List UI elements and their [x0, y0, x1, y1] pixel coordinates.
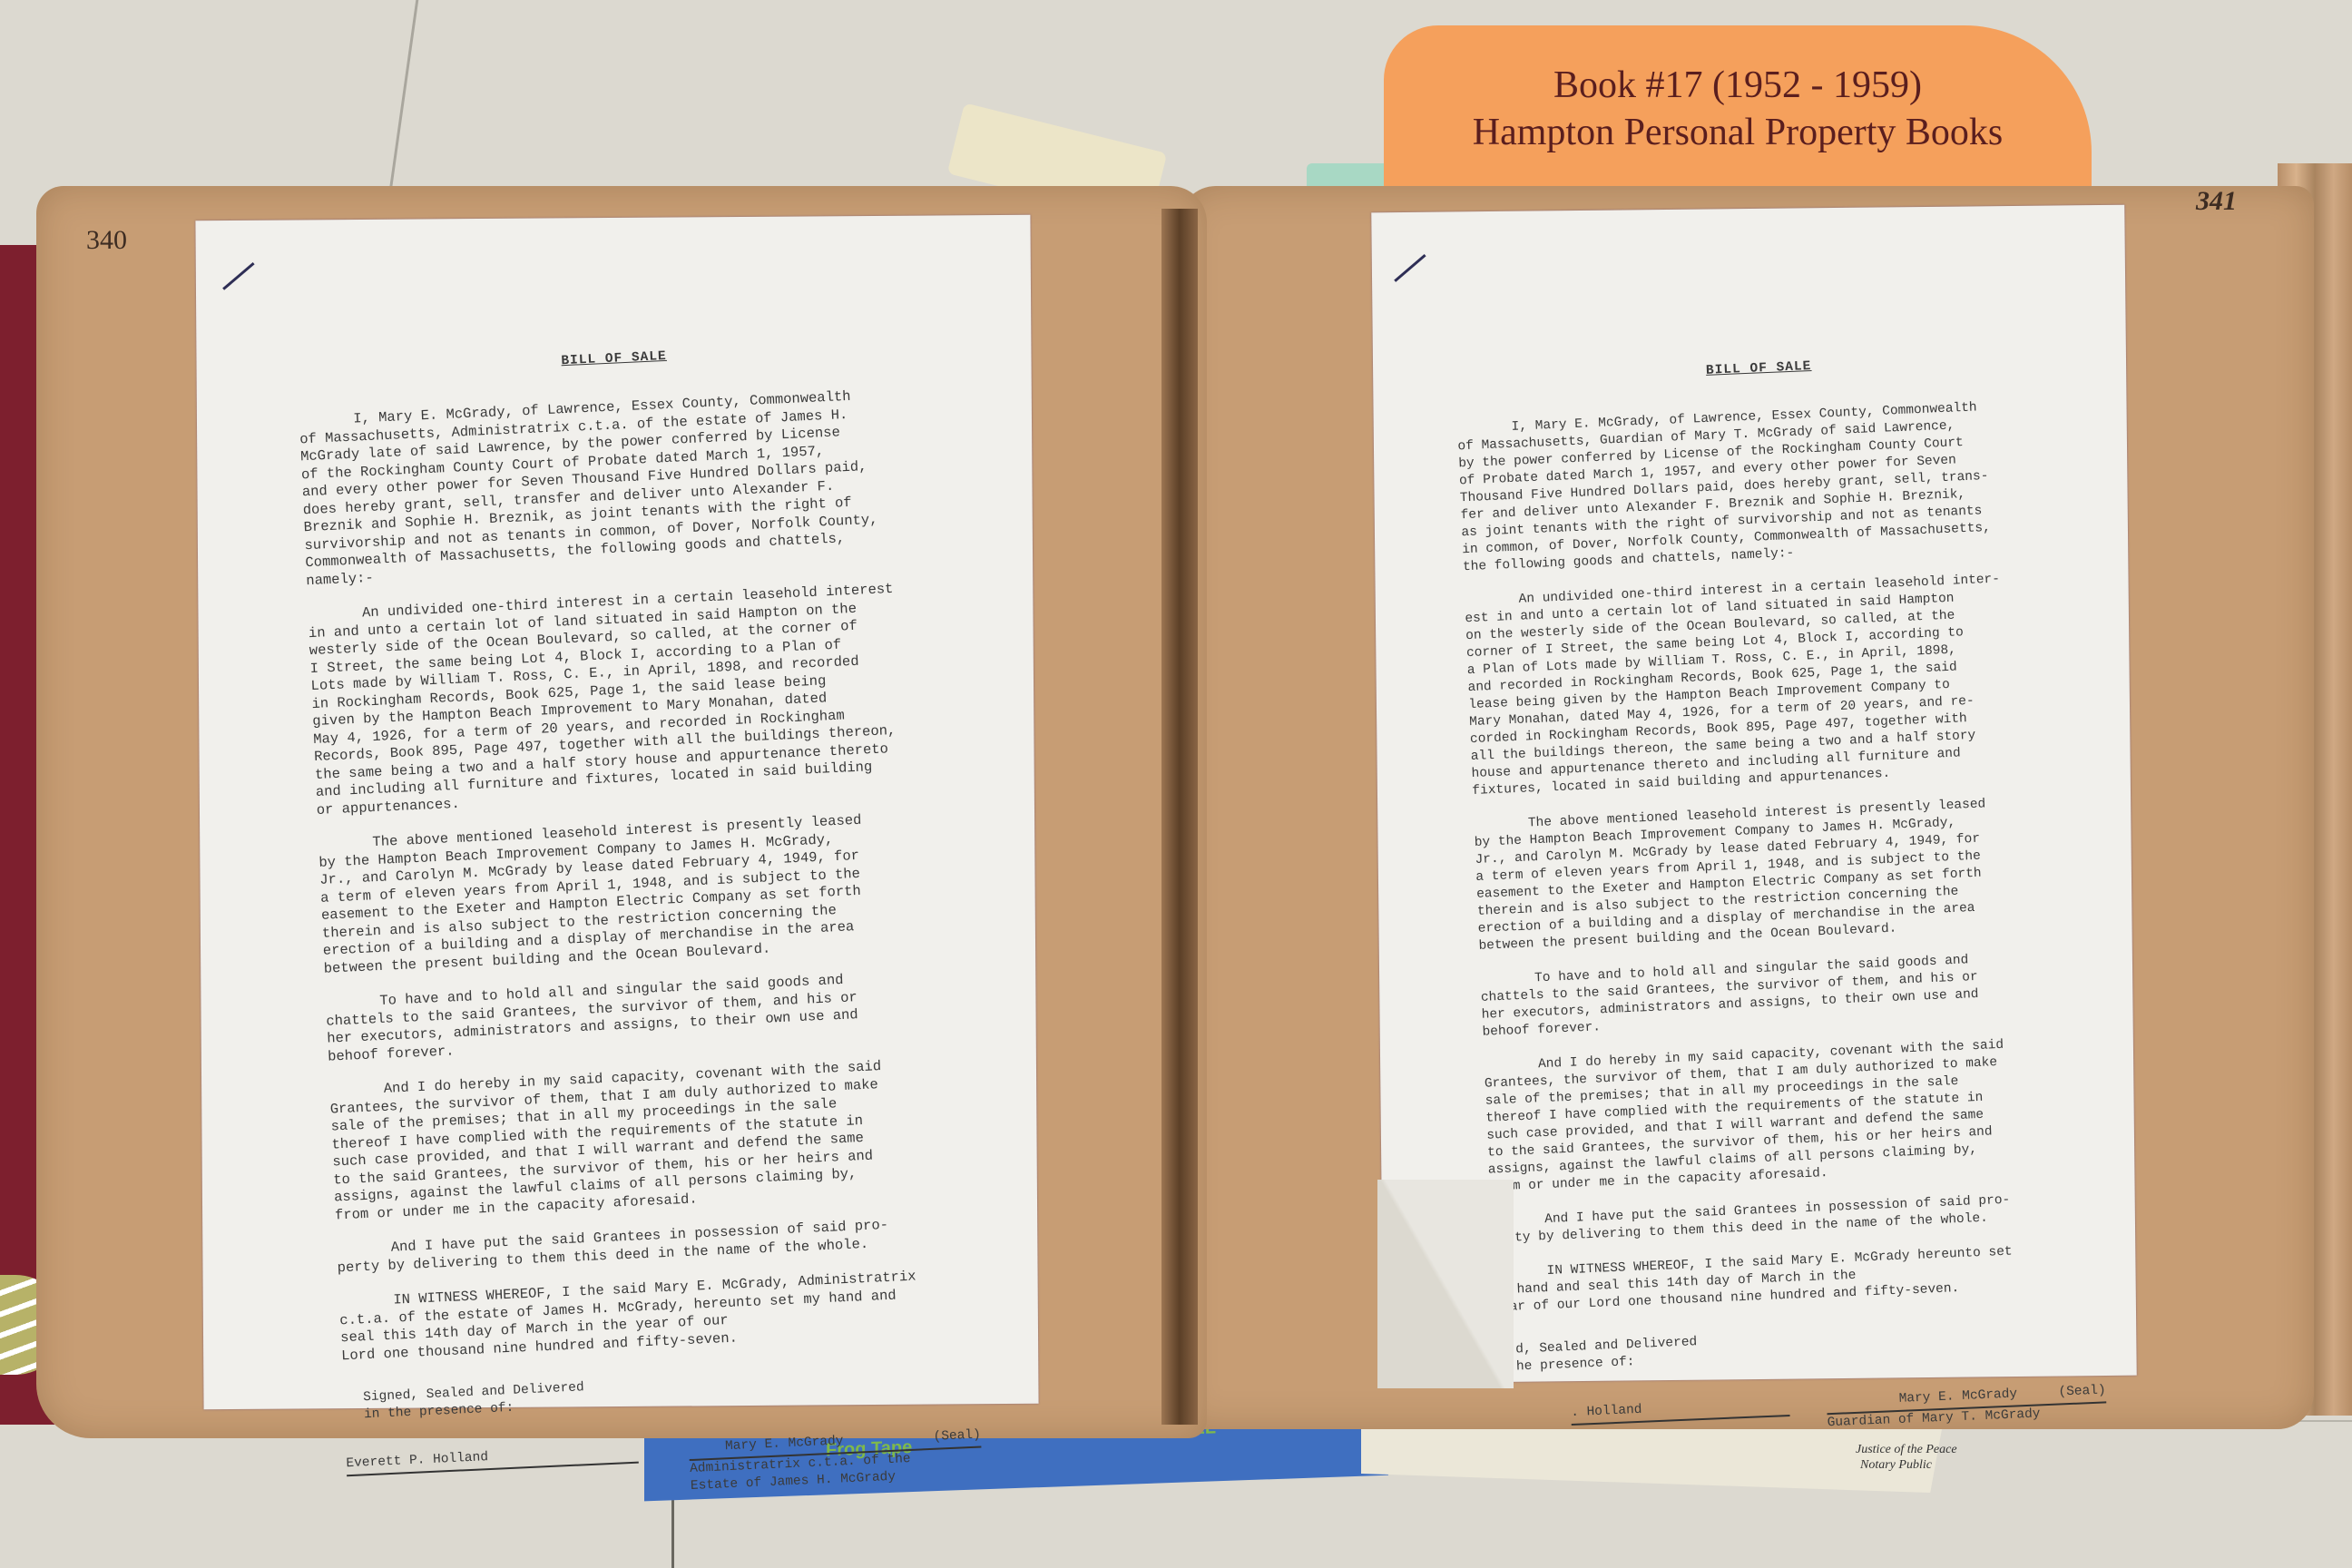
- document-title: BILL OF SALE: [297, 337, 932, 383]
- staple-icon: [1394, 254, 1426, 282]
- stamp-justice-of-peace: Justice of the Peace: [1856, 1443, 1957, 1457]
- paragraph: To have and to hold all and singular the…: [325, 966, 963, 1066]
- paragraph: And I do hereby in my said capacity, cov…: [328, 1054, 969, 1225]
- book-gutter: [1161, 209, 1198, 1425]
- signer-name: Mary E. McGrady: [725, 1434, 844, 1454]
- witness-signature: Everett P. Holland: [346, 1443, 640, 1512]
- document-title: BILL OF SALE: [1455, 348, 2063, 390]
- signed-sealed-delivered: d, Sealed and Delivered he presence of:: [1515, 1317, 2104, 1376]
- page-number-right: 341: [2196, 186, 2237, 217]
- seal-label: (Seal): [2058, 1382, 2106, 1401]
- paragraph: An undivided one-third interest in a cer…: [308, 578, 952, 819]
- paragraph: I, Mary E. McGrady, of Lawrence, Essex C…: [1456, 396, 2071, 576]
- bill-of-sale-left: BILL OF SALE I, Mary E. McGrady, of Lawr…: [195, 215, 1038, 1409]
- book-label: Book #17 (1952 - 1959) Hampton Personal …: [1384, 25, 2092, 207]
- paragraph: And I have put the said Grantees in poss…: [1490, 1189, 2099, 1249]
- page-number-left: 340: [86, 225, 127, 256]
- signed-sealed-delivered: Signed, Sealed and Delivered in the pres…: [363, 1362, 979, 1425]
- paragraph: And I have put the said Grantees in poss…: [336, 1213, 972, 1278]
- folded-page-corner: [1377, 1180, 1514, 1388]
- book-label-subtitle: Hampton Personal Property Books: [1384, 109, 2092, 156]
- paragraph: And I do hereby in my said capacity, cov…: [1484, 1034, 2097, 1197]
- paragraph: IN WITNESS WHEREOF, I the said Mary E. M…: [338, 1266, 976, 1366]
- signer-name: Mary E. McGrady: [1898, 1387, 2017, 1406]
- book-label-title: Book #17 (1952 - 1959): [1384, 62, 2092, 109]
- stamp-notary-public: Notary Public: [1860, 1458, 1932, 1473]
- paragraph: The above mentioned leasehold interest i…: [1474, 792, 2087, 955]
- paragraph: The above mentioned leasehold interest i…: [318, 808, 958, 978]
- paragraph: An undivided one-third interest in a cer…: [1464, 568, 2080, 800]
- paragraph: IN WITNESS WHEREOF, I the said Mary E. M…: [1492, 1240, 2102, 1318]
- witness-name: . Holland: [1571, 1396, 1790, 1426]
- paragraph: To have and to hold all and singular the…: [1480, 947, 2091, 1042]
- seal-label: (Seal): [933, 1426, 981, 1445]
- paragraph: I, Mary E. McGrady, of Lawrence, Essex C…: [299, 385, 941, 591]
- witness-name: Everett P. Holland: [346, 1443, 639, 1477]
- staple-icon: [222, 262, 254, 290]
